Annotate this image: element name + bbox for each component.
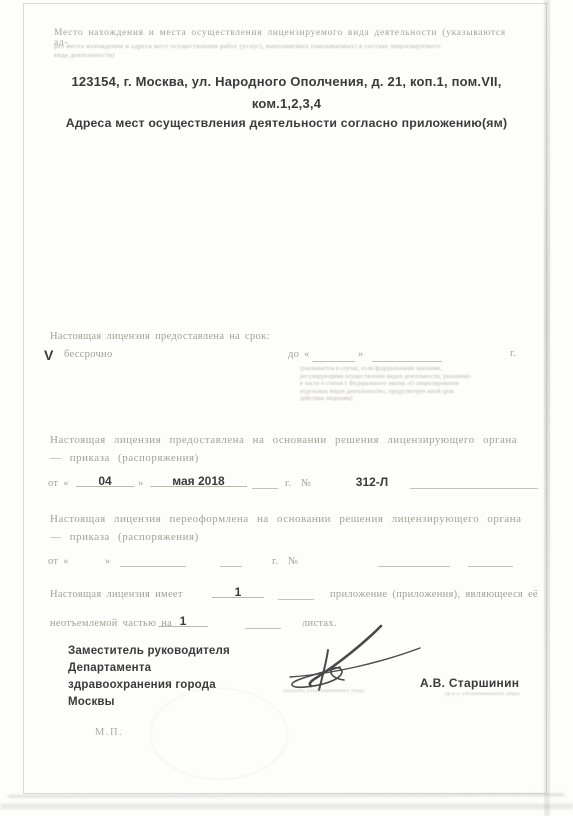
attachments-blank-segment — [278, 587, 314, 600]
granted-from-label: от « — [48, 478, 69, 489]
granted-basis-line1: Настоящая лицензия предоставлена на осно… — [50, 434, 525, 446]
addresses-per-annex-note: Адреса мест осуществления деятельности с… — [30, 116, 543, 130]
reissued-trailing-blank — [468, 554, 513, 567]
location-note-line3: вида деятельности) — [54, 52, 516, 59]
term-unlimited-label: бессрочно — [64, 349, 113, 360]
scan-edge-artifact-bottom-2 — [0, 804, 573, 809]
term-until-close-quote: » — [358, 349, 364, 360]
reissued-number-blank — [378, 554, 450, 567]
signer-position-line: Заместитель руководителя — [68, 643, 230, 660]
granted-number-value: 312-Л — [340, 475, 404, 489]
term-footnote-line: (указывается в случае, если федеральными… — [300, 366, 545, 374]
term-until-month-blank — [372, 349, 442, 362]
attachments-part3: неотъемлемой частью на — [50, 618, 172, 629]
granted-blank-segment — [252, 476, 278, 489]
term-footnote: (указывается в случае, если федеральными… — [300, 366, 545, 404]
granted-month-year-value: мая 2018 — [150, 474, 247, 487]
granted-year-suffix: г. — [285, 478, 291, 489]
term-label: Настоящая лицензия предоставлена на срок… — [50, 331, 270, 342]
signer-name: А.В. Старшинин — [420, 676, 519, 690]
faint-stamp-outline — [150, 688, 288, 780]
reissued-year-suffix: г. — [272, 556, 278, 567]
signature-caption: (подпись уполномоченного лица) — [284, 689, 384, 694]
attachments-blank-segment-2 — [245, 616, 281, 629]
granted-close-quote: » — [138, 478, 144, 489]
scan-edge-artifact-bottom — [8, 793, 564, 797]
attachments-count-value: 1 — [212, 585, 264, 598]
term-until-day-blank — [312, 349, 355, 362]
attachments-sheets-value: 1 — [158, 614, 208, 627]
scanned-license-page: Место нахождения и места осуществления л… — [0, 0, 573, 816]
term-until-year-suffix: г. — [510, 348, 516, 359]
granted-number-sign: № — [301, 478, 311, 489]
reissued-blank-segment — [220, 554, 242, 567]
address-line2: ком.1,2,3,4 — [30, 96, 543, 111]
reissued-basis-line2: — приказа (распоряжения) — [50, 531, 199, 543]
attachments-part2: приложение (приложения), являющееся её — [330, 589, 538, 600]
term-until-prefix: до « — [288, 349, 310, 360]
location-note-line2: рес места нахождения и адреса мест осуще… — [54, 43, 516, 50]
reissued-number-sign: № — [288, 556, 298, 567]
reissued-date-blank — [120, 554, 186, 567]
granted-basis-line2: — приказа (распоряжения) — [50, 452, 199, 464]
signer-position-line: Департамента — [68, 660, 230, 677]
term-footnote-line: действия лицензии) — [300, 396, 545, 404]
signer-name-caption: (ф.и.о. уполномоченного лица) — [445, 692, 535, 697]
term-footnote-line: регулирующими осуществление видов деятел… — [300, 374, 545, 382]
granted-trailing-blank — [410, 476, 538, 489]
handwritten-signature — [278, 622, 428, 692]
stamp-place-label: М.П. — [95, 727, 123, 738]
term-checkmark: V — [44, 347, 53, 363]
reissued-close-quote: » — [105, 556, 111, 567]
term-footnote-line: в части 4 статьи 1 Федерального закона «… — [300, 381, 545, 389]
address-line1: 123154, г. Москва, ул. Народного Ополчен… — [30, 74, 543, 89]
attachments-part1: Настоящая лицензия имеет — [50, 589, 183, 600]
granted-day-value: 04 — [76, 474, 134, 487]
scan-edge-artifact-right — [544, 0, 550, 816]
reissued-from-label: от « — [48, 556, 69, 567]
reissued-basis-line1: Настоящая лицензия переоформлена на осно… — [50, 513, 525, 525]
